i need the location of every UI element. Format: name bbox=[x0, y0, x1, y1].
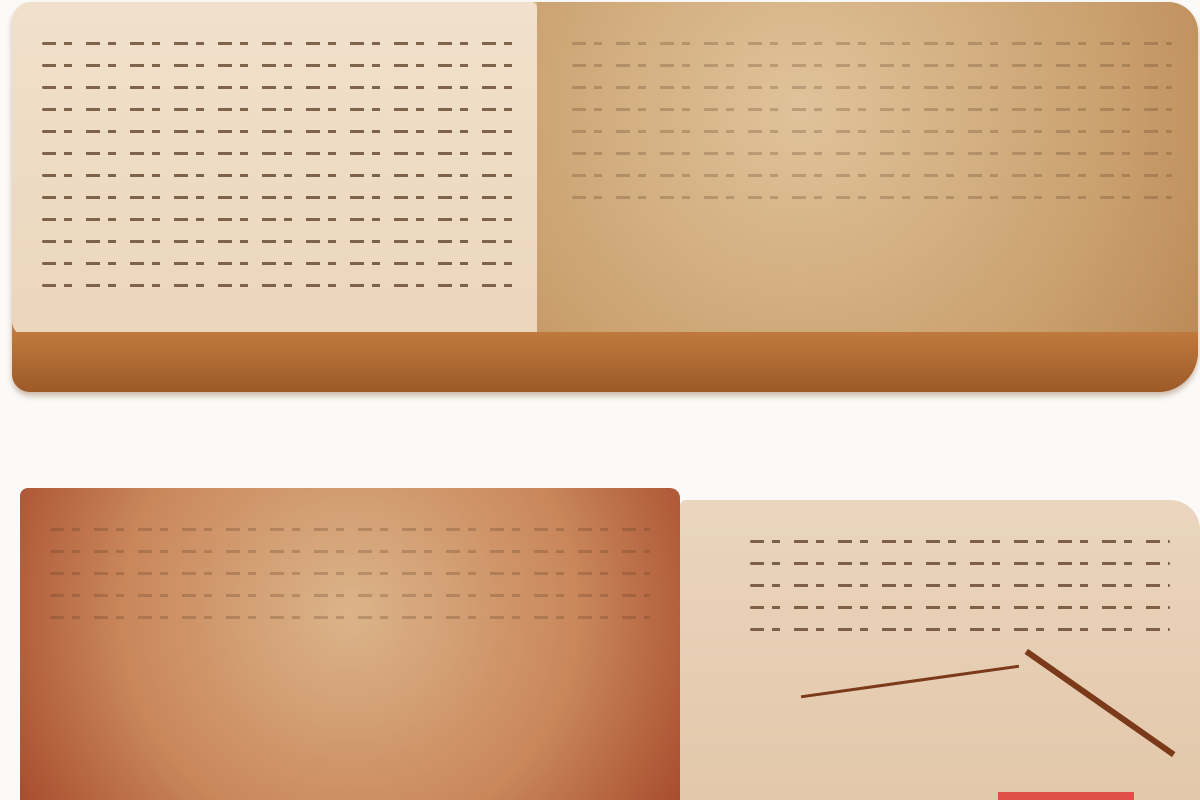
crack bbox=[801, 665, 1019, 699]
tablet-edge bbox=[12, 332, 1198, 392]
top-clay-tablet bbox=[12, 2, 1198, 392]
bottom-clay-tablet bbox=[20, 488, 1200, 800]
tablet-inscribed-section bbox=[12, 2, 537, 337]
red-corner-badge bbox=[998, 792, 1134, 800]
cuneiform-lines bbox=[42, 42, 522, 306]
faint-cuneiform-lines bbox=[572, 42, 1172, 218]
tablet-fragment-left bbox=[20, 488, 680, 800]
crack bbox=[1025, 649, 1176, 757]
tablet-fragment-right bbox=[680, 500, 1200, 800]
